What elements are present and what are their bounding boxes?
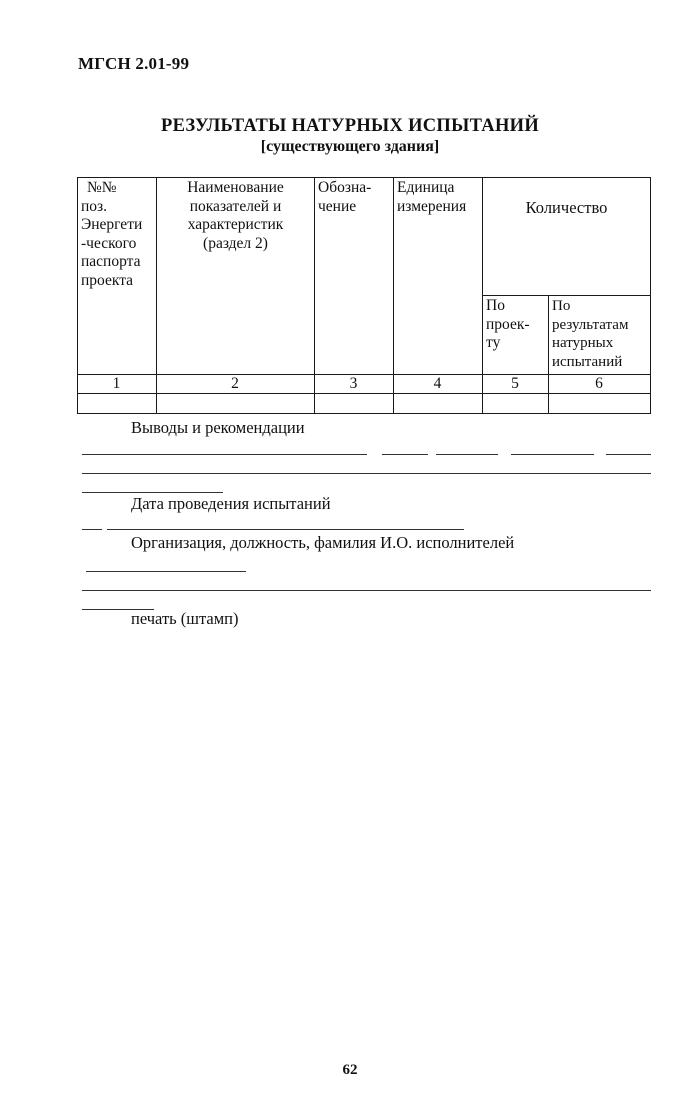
header-text: №№ <box>81 179 155 198</box>
blank-line[interactable] <box>382 454 428 455</box>
header-position-number: №№ поз. Энергети -ческого паспорта проек… <box>81 179 155 290</box>
column-number: 6 <box>548 375 650 393</box>
header-designation: Обозна- чение <box>318 179 392 216</box>
header-by-project: По проек- ту <box>486 297 548 353</box>
blank-line[interactable] <box>436 454 498 455</box>
page-number: 62 <box>0 1062 700 1079</box>
document-code: МГСН 2.01-99 <box>78 54 189 74</box>
blank-line[interactable] <box>82 473 651 474</box>
table-row <box>77 394 651 413</box>
header-unit: Единица измерения <box>397 179 481 216</box>
header-text: натурных <box>552 334 650 353</box>
table-border-bottom <box>77 413 651 414</box>
header-quantity-group: Количество <box>483 199 650 218</box>
header-text: Единица <box>397 179 481 198</box>
header-text: По <box>486 297 548 316</box>
conclusions-label: Выводы и рекомендации <box>131 418 305 438</box>
header-text: измерения <box>397 198 481 217</box>
header-text: Наименование <box>157 179 314 198</box>
page-subtitle: [существующего здания] <box>0 138 700 156</box>
blank-line[interactable] <box>606 454 651 455</box>
executors-label: Организация, должность, фамилия И.О. исп… <box>131 533 514 553</box>
column-number: 4 <box>393 375 482 393</box>
header-text: Энергети <box>81 216 155 235</box>
header-text: проекта <box>81 272 155 291</box>
results-table: №№ поз. Энергети -ческого паспорта проек… <box>77 177 651 414</box>
header-text: показателей и <box>157 198 314 217</box>
blank-line[interactable] <box>82 492 223 493</box>
stamp-label: печать (штамп) <box>131 609 239 629</box>
column-number: 5 <box>482 375 548 393</box>
header-text: характеристик <box>157 216 314 235</box>
header-text: Обозна- <box>318 179 392 198</box>
blank-line[interactable] <box>511 454 594 455</box>
header-text: -ческого <box>81 235 155 254</box>
header-text: поз. <box>81 198 155 217</box>
header-text: ту <box>486 334 548 353</box>
header-text: испытаний <box>552 353 650 372</box>
header-text: результатам <box>552 316 650 335</box>
blank-line[interactable] <box>107 529 464 530</box>
test-date-label: Дата проведения испытаний <box>131 494 331 514</box>
column-number: 1 <box>77 375 156 393</box>
column-number: 2 <box>156 375 314 393</box>
page-title: РЕЗУЛЬТАТЫ НАТУРНЫХ ИСПЫТАНИЙ <box>0 116 700 137</box>
header-text: проек- <box>486 316 548 335</box>
blank-line[interactable] <box>82 529 102 530</box>
blank-line[interactable] <box>86 571 246 572</box>
header-indicator-name: Наименование показателей и характеристик… <box>157 179 314 253</box>
blank-line[interactable] <box>82 454 367 455</box>
header-text: По <box>552 297 650 316</box>
header-by-test-results: По результатам натурных испытаний <box>552 297 650 371</box>
header-text: чение <box>318 198 392 217</box>
header-text: (раздел 2) <box>157 235 314 254</box>
blank-line[interactable] <box>82 590 651 591</box>
column-number: 3 <box>314 375 393 393</box>
header-text: паспорта <box>81 253 155 272</box>
